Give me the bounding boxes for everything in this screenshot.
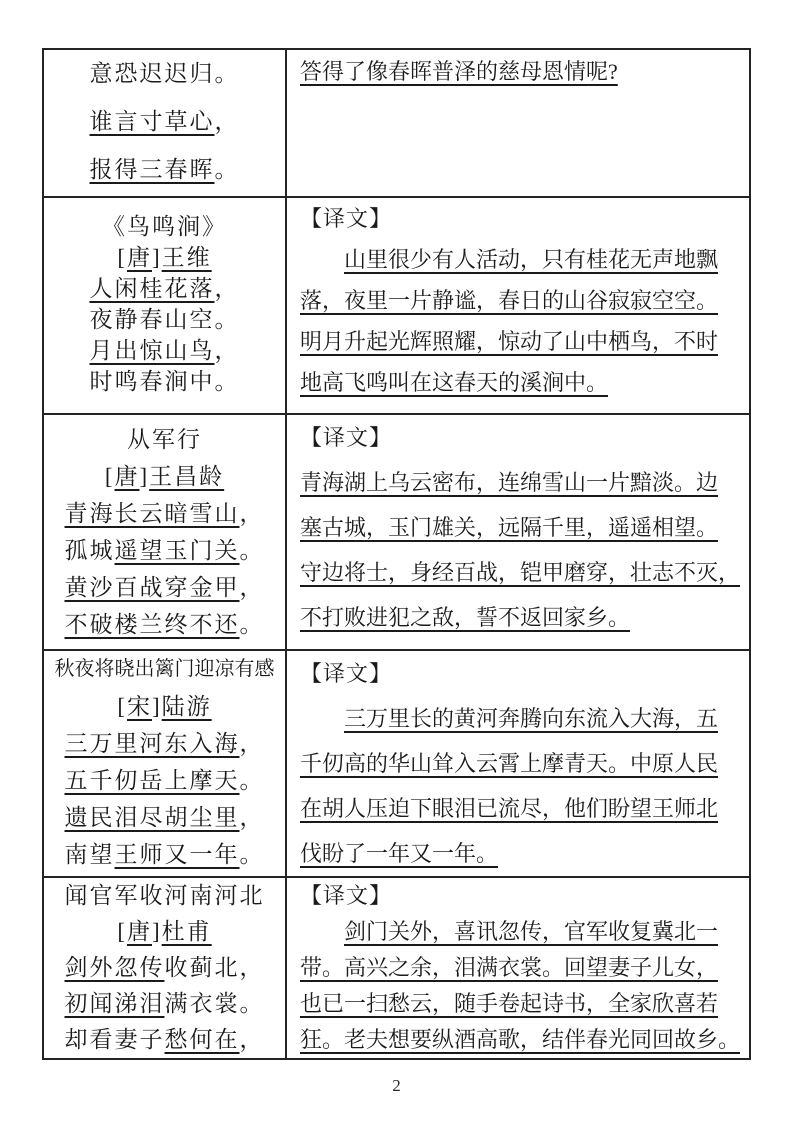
static-text: ] (152, 919, 162, 944)
translation-cell: 【译文】青海湖上乌云密布，连绵雪山一片黯淡。边 塞古城，玉门雄关，远隔千里，遥遥… (286, 414, 750, 650)
answer-text: 王师又一年 (115, 842, 240, 867)
answer-text: 杜甫 (162, 919, 212, 944)
static-text: 却看妻子 (65, 1027, 165, 1052)
static-text: 。 (240, 842, 265, 867)
poem-cell: 意恐迟迟归。谁言寸草心，报得三春晖。 (43, 49, 286, 197)
static-text: 意恐迟迟归。 (90, 61, 240, 86)
table-row: 意恐迟迟归。谁言寸草心，报得三春晖。答得了像春晖普泽的慈母恩情呢? (43, 49, 750, 197)
poem-line: 遗民泪尽胡尘里， (52, 799, 277, 836)
translation-cell: 答得了像春晖普泽的慈母恩情呢? (286, 49, 750, 197)
translation-label: 【译文】 (300, 415, 745, 460)
static-text: 《鸟鸣涧》 (102, 214, 227, 239)
poem-line: 却看妻子愁何在， (52, 1022, 277, 1058)
poem-line: 意恐迟迟归。 (52, 50, 277, 98)
answer-text: 王昌龄 (149, 464, 224, 489)
answer-text: 遗民泪尽胡尘里 (65, 805, 240, 830)
translation-label: 【译文】 (300, 878, 745, 914)
poem-line: 南望王师又一年。 (52, 836, 277, 873)
static-text: 夜静春山空。 (90, 307, 240, 332)
static-text: 从军行 (127, 427, 202, 452)
static-text: ] (152, 245, 162, 270)
answer-text: 唐 (127, 919, 152, 944)
poem-line: [唐]杜甫 (52, 914, 277, 950)
answer-text: 月出惊山鸟 (90, 338, 215, 363)
table-row: 《鸟鸣涧》[唐]王维人闲桂花落，夜静春山空。月出惊山鸟，时鸣春涧中。【译文】山里… (43, 197, 750, 414)
poem-line: 五千仞岳上摩天。 (52, 762, 277, 799)
answer-text: 黄沙百战穿金甲 (65, 575, 240, 600)
translation-paragraph: 三万里长的黄河奔腾向东流入大海，五 千仞高的华山耸入云霄上摩青天。中原人民 在胡… (300, 696, 745, 876)
poem-cell: 秋夜将晓出篱门迎凉有感[宋]陆游三万里河东入海，五千仞岳上摩天。遗民泪尽胡尘里，… (43, 650, 286, 877)
static-text: ， (240, 575, 265, 600)
static-text: ， (240, 731, 265, 756)
answer-text: 王维 (162, 245, 212, 270)
poem-line: 孤城遥望玉门关。 (52, 532, 277, 569)
worksheet-table-body: 意恐迟迟归。谁言寸草心，报得三春晖。答得了像春晖普泽的慈母恩情呢?《鸟鸣涧》[唐… (43, 49, 750, 1059)
static-text: 。 (215, 157, 240, 182)
static-text: 收蓟北， (165, 955, 265, 980)
static-text: ， (215, 109, 240, 134)
static-text: [ (117, 245, 127, 270)
poem-line: [唐]王昌龄 (52, 458, 277, 495)
translation-cell: 【译文】山里很少有人活动，只有桂花无声地飘 落，夜里一片静谧，春日的山谷寂寂空空… (286, 197, 750, 414)
page-number: 2 (0, 1076, 793, 1096)
static-text: ， (215, 338, 240, 363)
answer-text: 不破楼兰终不还 (65, 612, 240, 637)
answer-text: 青海长云暗雪山 (65, 501, 240, 526)
answer-text: 唐 (127, 245, 152, 270)
poem-line: 《鸟鸣涧》 (52, 211, 277, 242)
answer-text: 五千仞岳上摩天 (65, 768, 240, 793)
answer-text: 宋 (127, 694, 152, 719)
poem-line: 夜静春山空。 (52, 304, 277, 335)
answer-text: 谁言寸草心 (90, 109, 215, 134)
static-text: 闻官军收河南河北 (65, 883, 265, 908)
table-row: 闻官军收河南河北[唐]杜甫剑外忽传收蓟北，初闻涕泪满衣裳。却看妻子愁何在，【译文… (43, 877, 750, 1059)
static-text: 南望 (65, 842, 115, 867)
poem-line: 谁言寸草心， (52, 98, 277, 146)
answer-text: 三万里河东入海 (65, 731, 240, 756)
poem-line: 报得三春晖。 (52, 146, 277, 194)
translation-label: 【译文】 (300, 651, 745, 696)
static-text: 孤城 (65, 538, 115, 563)
answer-text: 人闲桂花落 (90, 276, 215, 301)
answer-text: 遥望玉门关 (115, 538, 240, 563)
table-row: 从军行[唐]王昌龄青海长云暗雪山，孤城遥望玉门关。黄沙百战穿金甲，不破楼兰终不还… (43, 414, 750, 650)
answer-text: 剑外忽传 (65, 955, 165, 980)
translation-answer-text: 答得了像春晖普泽的慈母恩情呢? (300, 59, 618, 84)
poem-line: 青海长云暗雪山， (52, 495, 277, 532)
answer-text: 报得三春晖 (90, 157, 215, 182)
static-text: [ (117, 919, 127, 944)
static-text: [ (117, 694, 127, 719)
answer-text: 唐 (115, 464, 140, 489)
poem-line: 月出惊山鸟， (52, 335, 277, 366)
poem-line: 秋夜将晓出篱门迎凉有感 (52, 651, 277, 688)
static-text: ] (152, 694, 162, 719)
static-text: 秋夜将晓出篱门迎凉有感 (55, 658, 275, 680)
translation-paragraph: 答得了像春晖普泽的慈母恩情呢? (300, 50, 745, 94)
poem-line: 剑外忽传收蓟北， (52, 950, 277, 986)
static-text: ] (140, 464, 150, 489)
poem-line: 人闲桂花落， (52, 273, 277, 304)
static-text: ， (240, 1027, 265, 1052)
static-text: 满衣裳。 (165, 991, 265, 1016)
translation-paragraph: 青海湖上乌云密布，连绵雪山一片黯淡。边 塞古城，玉门雄关，远隔千里，遥遥相望。 … (300, 460, 745, 640)
poem-line: 初闻涕泪满衣裳。 (52, 986, 277, 1022)
static-text: ， (240, 805, 265, 830)
poem-cell: 闻官军收河南河北[唐]杜甫剑外忽传收蓟北，初闻涕泪满衣裳。却看妻子愁何在， (43, 877, 286, 1059)
poem-line: 三万里河东入海， (52, 725, 277, 762)
static-text: 。 (240, 538, 265, 563)
poem-cell: 从军行[唐]王昌龄青海长云暗雪山，孤城遥望玉门关。黄沙百战穿金甲，不破楼兰终不还… (43, 414, 286, 650)
translation-paragraph: 山里很少有人活动，只有桂花无声地飘 落，夜里一片静谧，春日的山谷寂寂空空。 明月… (300, 239, 745, 403)
answer-text: 愁何在 (165, 1027, 240, 1052)
translation-label: 【译文】 (300, 198, 745, 239)
poem-line: [唐]王维 (52, 242, 277, 273)
static-text: ， (215, 276, 240, 301)
poem-line: 闻官军收河南河北 (52, 878, 277, 914)
poem-line: [宋]陆游 (52, 688, 277, 725)
translation-answer-text: 青海湖上乌云密布，连绵雪山一片黯淡。边 塞古城，玉门雄关，远隔千里，遥遥相望。 … (300, 470, 740, 630)
worksheet-table: 意恐迟迟归。谁言寸草心，报得三春晖。答得了像春晖普泽的慈母恩情呢?《鸟鸣涧》[唐… (42, 48, 751, 1060)
translation-paragraph: 剑门关外，喜讯忽传，官军收复冀北一 带。高兴之余，泪满衣裳。回望妻子儿女， 也已… (300, 914, 745, 1058)
poem-line: 从军行 (52, 421, 277, 458)
poem-line: 黄沙百战穿金甲， (52, 569, 277, 606)
answer-text: 初闻涕泪 (65, 991, 165, 1016)
static-text: 。 (240, 768, 265, 793)
translation-answer-text: 山里很少有人活动，只有桂花无声地飘 落，夜里一片静谧，春日的山谷寂寂空空。 明月… (300, 247, 718, 395)
static-text: ， (240, 501, 265, 526)
poem-line: 不破楼兰终不还。 (52, 606, 277, 643)
translation-answer-text: 剑门关外，喜讯忽传，官军收复冀北一 带。高兴之余，泪满衣裳。回望妻子儿女， 也已… (300, 919, 740, 1052)
document-page: 意恐迟迟归。谁言寸草心，报得三春晖。答得了像春晖普泽的慈母恩情呢?《鸟鸣涧》[唐… (0, 0, 793, 1122)
static-text: 时鸣春涧中。 (90, 369, 240, 394)
poem-cell: 《鸟鸣涧》[唐]王维人闲桂花落，夜静春山空。月出惊山鸟，时鸣春涧中。 (43, 197, 286, 414)
static-text: [ (105, 464, 115, 489)
translation-cell: 【译文】三万里长的黄河奔腾向东流入大海，五 千仞高的华山耸入云霄上摩青天。中原人… (286, 650, 750, 877)
static-text: 。 (240, 612, 265, 637)
answer-text: 陆游 (162, 694, 212, 719)
poem-line: 时鸣春涧中。 (52, 366, 277, 397)
translation-cell: 【译文】剑门关外，喜讯忽传，官军收复冀北一 带。高兴之余，泪满衣裳。回望妻子儿女… (286, 877, 750, 1059)
table-row: 秋夜将晓出篱门迎凉有感[宋]陆游三万里河东入海，五千仞岳上摩天。遗民泪尽胡尘里，… (43, 650, 750, 877)
translation-answer-text: 三万里长的黄河奔腾向东流入大海，五 千仞高的华山耸入云霄上摩青天。中原人民 在胡… (300, 706, 718, 866)
